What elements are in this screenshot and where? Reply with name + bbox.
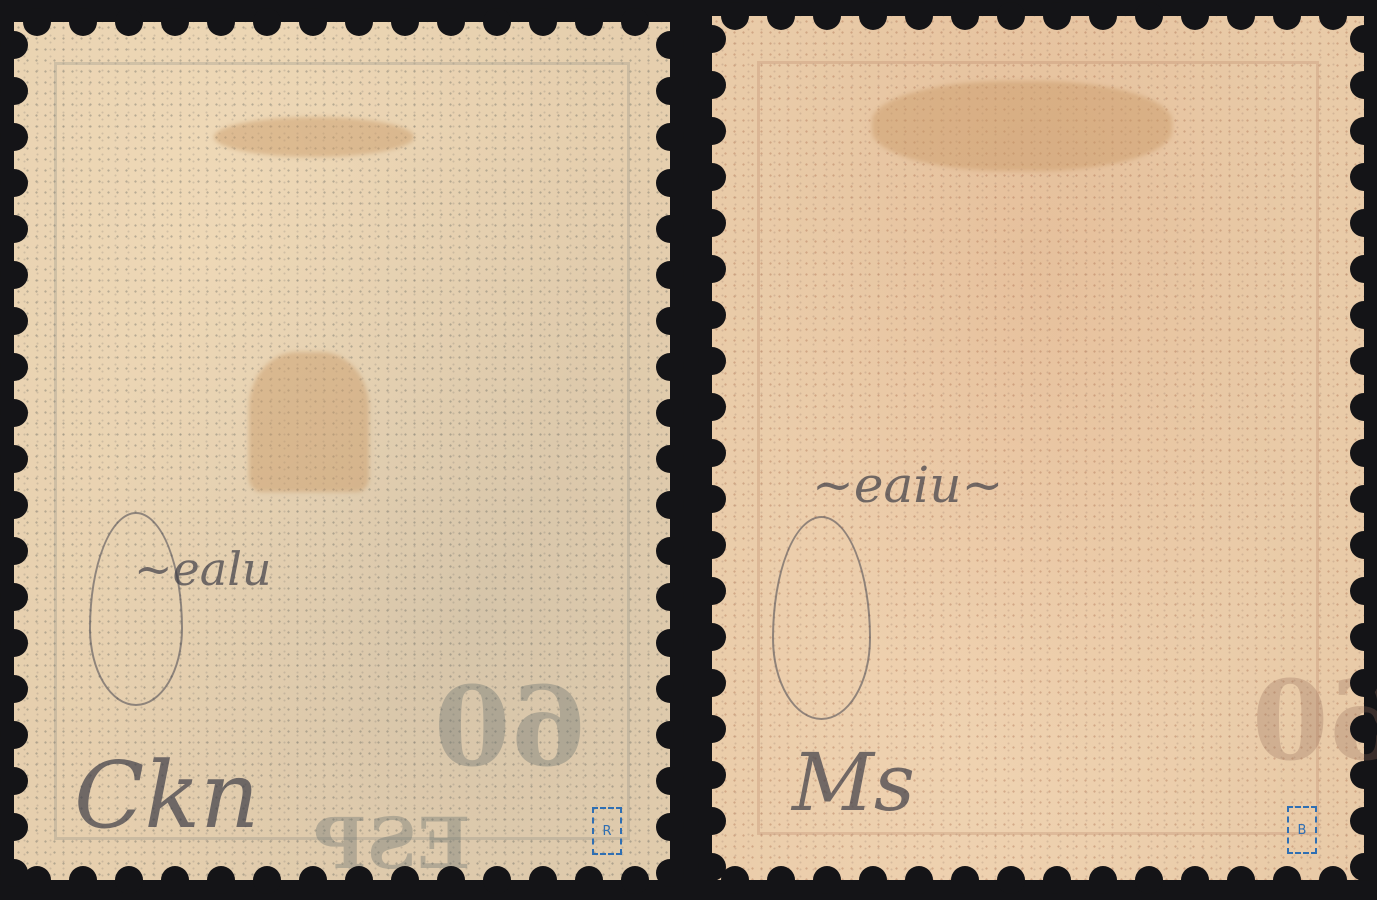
perforation-hole bbox=[813, 866, 841, 894]
perforation-hole bbox=[1350, 485, 1377, 513]
perforation-hole bbox=[859, 866, 887, 894]
perforation-hole bbox=[767, 2, 795, 30]
perforation-hole bbox=[345, 8, 373, 36]
perforation-hole bbox=[698, 255, 726, 283]
perforation-hole bbox=[1181, 2, 1209, 30]
perforation-hole bbox=[69, 866, 97, 894]
perforation-hole bbox=[1350, 255, 1377, 283]
perforation-hole bbox=[698, 393, 726, 421]
perforation-hole bbox=[656, 537, 684, 565]
perforation-hole bbox=[656, 721, 684, 749]
perforation-hole bbox=[1350, 117, 1377, 145]
perforation-hole bbox=[1350, 71, 1377, 99]
perforation-hole bbox=[1089, 2, 1117, 30]
perforation-hole bbox=[698, 761, 726, 789]
perforation-hole bbox=[0, 767, 28, 795]
perforation-hole bbox=[161, 866, 189, 894]
perforation-hole bbox=[207, 866, 235, 894]
perforation-hole bbox=[0, 261, 28, 289]
perforation-hole bbox=[529, 866, 557, 894]
show-through-frame bbox=[757, 61, 1319, 835]
pencil-signature: Ms bbox=[792, 736, 915, 829]
perforation-hole bbox=[698, 807, 726, 835]
perforation-hole bbox=[656, 215, 684, 243]
perforation-hole bbox=[1319, 866, 1347, 894]
perforation-hole bbox=[0, 31, 28, 59]
perforation-hole bbox=[1273, 2, 1301, 30]
perforation-hole bbox=[483, 866, 511, 894]
perforation-hole bbox=[161, 8, 189, 36]
perforation-hole bbox=[437, 8, 465, 36]
perforation-hole bbox=[859, 2, 887, 30]
perforation-hole bbox=[951, 866, 979, 894]
perforation-hole bbox=[0, 77, 28, 105]
hinge-remnant bbox=[872, 81, 1172, 171]
expert-handstamp: R bbox=[592, 807, 622, 855]
perforation-hole bbox=[529, 8, 557, 36]
perforation-hole bbox=[656, 307, 684, 335]
perforation-hole bbox=[1350, 301, 1377, 329]
perforation-hole bbox=[656, 353, 684, 381]
perforation-hole bbox=[656, 859, 684, 887]
perforation-hole bbox=[0, 399, 28, 427]
perforation-hole bbox=[1135, 2, 1163, 30]
perforation-hole bbox=[0, 813, 28, 841]
perforation-hole bbox=[437, 866, 465, 894]
perforation-hole bbox=[299, 8, 327, 36]
perforation-hole bbox=[299, 866, 327, 894]
perforation-hole bbox=[656, 261, 684, 289]
perforation-hole bbox=[1350, 623, 1377, 651]
perforation-hole bbox=[0, 721, 28, 749]
perforation-hole bbox=[0, 353, 28, 381]
pencil-signature: ~ealu bbox=[134, 542, 272, 596]
perforation-hole bbox=[905, 866, 933, 894]
perforation-hole bbox=[1350, 807, 1377, 835]
perforation-hole bbox=[1089, 866, 1117, 894]
perforation-hole bbox=[1043, 866, 1071, 894]
perforation-hole bbox=[0, 537, 28, 565]
stamp-right: 60 ~eaiu~ Ms B bbox=[712, 16, 1364, 880]
perforation-hole bbox=[621, 8, 649, 36]
perforation-hole bbox=[345, 866, 373, 894]
perforation-hole bbox=[698, 669, 726, 697]
perforation-hole bbox=[997, 2, 1025, 30]
perforation-hole bbox=[0, 583, 28, 611]
perforation-hole bbox=[0, 307, 28, 335]
perforation-hole bbox=[483, 8, 511, 36]
perforation-hole bbox=[698, 531, 726, 559]
perforation-hole bbox=[69, 8, 97, 36]
perforation-hole bbox=[115, 866, 143, 894]
perforation-hole bbox=[698, 485, 726, 513]
perforation-hole bbox=[0, 491, 28, 519]
perforation-hole bbox=[656, 491, 684, 519]
perforation-hole bbox=[0, 675, 28, 703]
perforation-hole bbox=[767, 866, 795, 894]
perforation-hole bbox=[253, 8, 281, 36]
perforation-hole bbox=[698, 301, 726, 329]
perforation-hole bbox=[698, 715, 726, 743]
perforation-hole bbox=[1350, 715, 1377, 743]
perforation-hole bbox=[698, 71, 726, 99]
perforation-hole bbox=[0, 123, 28, 151]
perforation-hole bbox=[698, 209, 726, 237]
perforation-hole bbox=[905, 2, 933, 30]
pencil-signature: Ckn bbox=[74, 742, 259, 849]
perforation-hole bbox=[656, 169, 684, 197]
show-through-value: 60 bbox=[434, 662, 587, 791]
perforation-hole bbox=[656, 445, 684, 473]
perforation-hole bbox=[656, 813, 684, 841]
perforation-hole bbox=[1350, 163, 1377, 191]
perforation-hole bbox=[1350, 25, 1377, 53]
perforation-hole bbox=[656, 629, 684, 657]
perforation-hole bbox=[1227, 2, 1255, 30]
perforation-hole bbox=[698, 117, 726, 145]
perforation-hole bbox=[1350, 531, 1377, 559]
perforation-hole bbox=[721, 2, 749, 30]
perforation-hole bbox=[575, 866, 603, 894]
perforation-hole bbox=[1350, 761, 1377, 789]
perforation-hole bbox=[698, 347, 726, 375]
perforation-hole bbox=[1043, 2, 1071, 30]
perforation-hole bbox=[23, 8, 51, 36]
perforation-hole bbox=[698, 577, 726, 605]
perforation-hole bbox=[1350, 577, 1377, 605]
perforation-hole bbox=[1273, 866, 1301, 894]
perforation-hole bbox=[656, 123, 684, 151]
perforation-hole bbox=[656, 767, 684, 795]
perforation-hole bbox=[951, 2, 979, 30]
expert-handstamp: B bbox=[1287, 806, 1317, 854]
perforation-hole bbox=[656, 399, 684, 427]
perforation-hole bbox=[698, 25, 726, 53]
perforation-hole bbox=[207, 8, 235, 36]
perforation-hole bbox=[1319, 2, 1347, 30]
perforation-hole bbox=[115, 8, 143, 36]
perforation-hole bbox=[1350, 393, 1377, 421]
perforation-hole bbox=[656, 583, 684, 611]
perforation-hole bbox=[391, 866, 419, 894]
perforation-hole bbox=[1135, 866, 1163, 894]
perforation-hole bbox=[656, 31, 684, 59]
perforation-hole bbox=[1350, 439, 1377, 467]
perforation-hole bbox=[656, 675, 684, 703]
perforation-hole bbox=[0, 169, 28, 197]
stamp-left: 60 ESP ~ealu Ckn R bbox=[14, 22, 670, 880]
perforation-hole bbox=[0, 629, 28, 657]
perforation-hole bbox=[1350, 853, 1377, 881]
perforation-hole bbox=[656, 77, 684, 105]
perforation-hole bbox=[813, 2, 841, 30]
perforation-hole bbox=[698, 163, 726, 191]
perforation-hole bbox=[698, 853, 726, 881]
hinge-remnant bbox=[249, 352, 369, 492]
perforation-hole bbox=[698, 623, 726, 651]
perforation-hole bbox=[1350, 347, 1377, 375]
perforation-hole bbox=[575, 8, 603, 36]
perforation-hole bbox=[1227, 866, 1255, 894]
perforation-hole bbox=[997, 866, 1025, 894]
perforation-hole bbox=[391, 8, 419, 36]
pencil-signature: ~eaiu~ bbox=[812, 456, 1003, 514]
perforation-hole bbox=[698, 439, 726, 467]
perforation-hole bbox=[1350, 669, 1377, 697]
perforation-hole bbox=[1350, 209, 1377, 237]
perforation-hole bbox=[253, 866, 281, 894]
hinge-remnant bbox=[214, 117, 414, 157]
perforation-hole bbox=[0, 445, 28, 473]
perforation-hole bbox=[0, 215, 28, 243]
perforation-hole bbox=[0, 859, 28, 887]
perforation-hole bbox=[621, 866, 649, 894]
perforation-hole bbox=[1181, 866, 1209, 894]
